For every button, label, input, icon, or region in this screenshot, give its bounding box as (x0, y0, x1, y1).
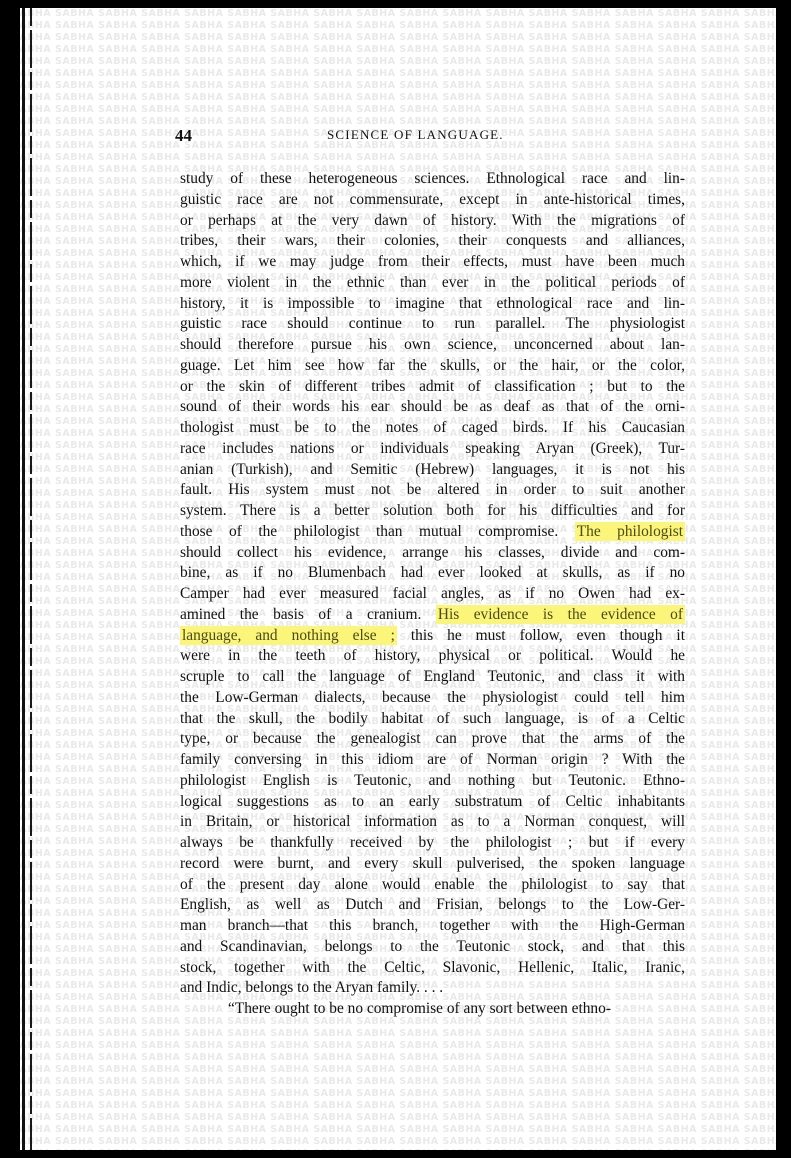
text-line: English, as well as Dutch and Frisian, b… (180, 895, 685, 916)
line-text: race includes nations or individuals spe… (180, 440, 685, 457)
line-text: bine, as if no Blumenbach had ever looke… (180, 564, 685, 581)
line-text: that the skull, the bodily habitat of su… (180, 710, 685, 727)
text-line: Camper had ever measured facial angles, … (180, 584, 685, 605)
body-text: study of these heterogeneous sciences. E… (180, 169, 685, 1020)
line-text: and Scandinavian, belongs to the Teutoni… (180, 938, 685, 955)
text-line: anian (Turkish), and Semitic (Hebrew) la… (180, 460, 685, 481)
line-text: type, or because the genealogist can pro… (180, 730, 685, 747)
line-text: English, as well as Dutch and Frisian, b… (180, 896, 685, 913)
line-text: study of these heterogeneous sciences. E… (180, 170, 685, 187)
text-line: family conversing in this idiom are of N… (180, 750, 685, 771)
text-line: language, and nothing else ; this he mus… (180, 626, 685, 647)
line-text: were in the teeth of history, physical o… (180, 647, 685, 664)
text-line: guage. Let him see how far the skulls, o… (180, 356, 685, 377)
text-line: record were burnt, and every skull pulve… (180, 854, 685, 875)
text-line: fault. His system must not be altered in… (180, 480, 685, 501)
text-line: sound of their words his ear should be a… (180, 397, 685, 418)
line-text: family conversing in this idiom are of N… (180, 751, 685, 768)
line-text: history, it is impossible to imagine tha… (180, 295, 685, 312)
line-text: sound of their words his ear should be a… (180, 398, 685, 415)
running-head: 44 SCIENCE OF LANGUAGE. (175, 123, 685, 143)
text-line: of the present day alone would enable th… (180, 875, 685, 896)
line-text: and Indic, belongs to the Aryan family. … (180, 979, 443, 996)
text-line: that the skull, the bodily habitat of su… (180, 709, 685, 730)
line-text: of the present day alone would enable th… (180, 876, 685, 893)
page-content: 44 SCIENCE OF LANGUAGE. study of these h… (20, 8, 776, 1150)
text-line: philologist English is Teutonic, and not… (180, 771, 685, 792)
page-number: 44 (175, 126, 192, 146)
text-line: amined the basis of a cranium. His evide… (180, 605, 685, 626)
line-text: guage. Let him see how far the skulls, o… (180, 357, 685, 374)
text-line: more violent in the ethnic than ever in … (180, 273, 685, 294)
line-text: amined the basis of a cranium. (180, 606, 436, 623)
line-text: stock, together with the Celtic, Slavoni… (180, 959, 685, 976)
line-text: or perhaps at the very dawn of history. … (180, 212, 685, 229)
text-line: in Britain, or historical information as… (180, 812, 685, 833)
line-text: scruple to call the language of England … (180, 668, 685, 685)
line-text: system. There is a better solution both … (180, 502, 685, 519)
text-line: system. There is a better solution both … (180, 501, 685, 522)
text-line: logical suggestions as to an early subst… (180, 792, 685, 813)
line-text: tribes, their wars, their colonies, thei… (180, 232, 685, 249)
line-text: Camper had ever measured facial angles, … (180, 585, 685, 602)
line-text: those of the philologist than mutual com… (180, 523, 575, 540)
line-text: should collect his evidence, arrange his… (180, 544, 685, 561)
line-text: the Low-German dialects, because the phy… (180, 689, 685, 706)
text-line: always be thankfully received by the phi… (180, 833, 685, 854)
text-line: type, or because the genealogist can pro… (180, 729, 685, 750)
line-text: guistic race should continue to run para… (180, 315, 685, 332)
text-line: should therefore pursue his own science,… (180, 335, 685, 356)
running-title: SCIENCE OF LANGUAGE. (327, 127, 504, 143)
text-line: stock, together with the Celtic, Slavoni… (180, 958, 685, 979)
line-text: this he must follow, even though it (397, 627, 685, 644)
highlighted-text: His evidence is the evidence of (436, 605, 685, 624)
text-line: scruple to call the language of England … (180, 667, 685, 688)
text-line: the Low-German dialects, because the phy… (180, 688, 685, 709)
book-page: SABHA SABHA SABHA SABHA SABHA SABHA SABH… (20, 8, 776, 1150)
line-text: should therefore pursue his own science,… (180, 336, 685, 353)
line-text: more violent in the ethnic than ever in … (180, 274, 685, 291)
highlighted-text: The philologist (575, 522, 685, 541)
line-text: philologist English is Teutonic, and not… (180, 772, 685, 789)
text-line: tribes, their wars, their colonies, thei… (180, 231, 685, 252)
line-text: guistic race are not commensurate, excep… (180, 191, 685, 208)
text-line: thologist must be to the notes of caged … (180, 418, 685, 439)
line-text: record were burnt, and every skull pulve… (180, 855, 685, 872)
text-line: or perhaps at the very dawn of history. … (180, 211, 685, 232)
text-line: were in the teeth of history, physical o… (180, 646, 685, 667)
text-line: bine, as if no Blumenbach had ever looke… (180, 563, 685, 584)
text-line: race includes nations or individuals spe… (180, 439, 685, 460)
text-line: and Indic, belongs to the Aryan family. … (180, 978, 685, 999)
text-line: “There ought to be no compromise of any … (180, 999, 685, 1020)
text-line: history, it is impossible to imagine tha… (180, 294, 685, 315)
line-text: thologist must be to the notes of caged … (180, 419, 685, 436)
line-text: which, if we may judge from their effect… (180, 253, 685, 270)
line-text: man branch—that this branch, together wi… (180, 917, 685, 934)
line-text: “There ought to be no compromise of any … (228, 1000, 611, 1017)
line-text: always be thankfully received by the phi… (180, 834, 685, 851)
text-line: man branch—that this branch, together wi… (180, 916, 685, 937)
line-text: or the skin of different tribes admit of… (180, 378, 685, 395)
line-text: anian (Turkish), and Semitic (Hebrew) la… (180, 461, 685, 478)
text-line: which, if we may judge from their effect… (180, 252, 685, 273)
text-line: should collect his evidence, arrange his… (180, 543, 685, 564)
text-line: those of the philologist than mutual com… (180, 522, 685, 543)
text-line: and Scandinavian, belongs to the Teutoni… (180, 937, 685, 958)
line-text: fault. His system must not be altered in… (180, 481, 685, 498)
text-line: or the skin of different tribes admit of… (180, 377, 685, 398)
highlighted-text: language, and nothing else ; (180, 626, 397, 645)
text-line: guistic race should continue to run para… (180, 314, 685, 335)
line-text: logical suggestions as to an early subst… (180, 793, 685, 810)
text-line: study of these heterogeneous sciences. E… (180, 169, 685, 190)
line-text: in Britain, or historical information as… (180, 813, 685, 830)
text-line: guistic race are not commensurate, excep… (180, 190, 685, 211)
